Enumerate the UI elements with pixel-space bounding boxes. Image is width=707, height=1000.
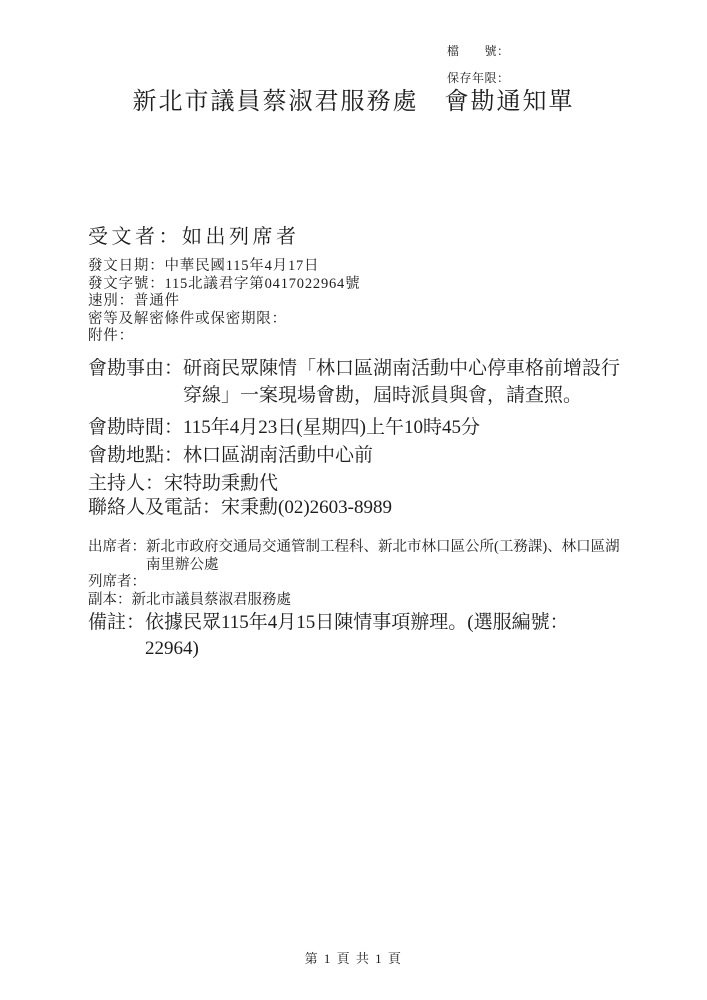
recipient-value: 如出列席者 — [182, 220, 300, 249]
delivery-speed-line: 速別： 普通件 — [88, 293, 360, 311]
survey-subject-line: 會勘事由： 研商民眾陳情「林口區湖南活動中心停車格前增設行穿線」一案現場會勘，屆… — [88, 355, 628, 409]
page-number: 第 1 頁 共 1 頁 — [0, 948, 707, 967]
survey-time-line: 會勘時間： 115年4月23日(星期四)上午10時45分 — [88, 414, 480, 441]
contact-value: 宋秉勳(02)2603-8989 — [221, 494, 392, 521]
survey-time-value: 115年4月23日(星期四)上午10時45分 — [183, 414, 480, 441]
present-attendees-label: 出席者： — [88, 539, 146, 574]
attendees-block: 出席者： 新北市政府交通局交通管制工程科、新北市林口區公所(工務課)、林口區湖南… — [88, 539, 630, 609]
survey-location-line: 會勘地點： 林口區湖南活動中心前 — [88, 442, 373, 469]
issue-date-value: 中華民國115年4月17日 — [165, 258, 320, 276]
attachment-label: 附件： — [88, 328, 134, 346]
survey-location-value: 林口區湖南活動中心前 — [183, 442, 373, 469]
host-line: 主持人： 宋特助秉勳代 — [88, 470, 278, 497]
doc-number-value: 115北議君字第0417022964號 — [165, 276, 361, 294]
file-number-label: 檔 號： — [447, 40, 510, 63]
issue-date-line: 發文日期： 中華民國115年4月17日 — [88, 258, 360, 276]
delivery-speed-value: 普通件 — [134, 293, 180, 311]
survey-subject-label: 會勘事由： — [88, 355, 183, 409]
contact-label: 聯絡人及電話： — [88, 494, 221, 521]
survey-location-label: 會勘地點： — [88, 442, 183, 469]
filing-meta-block: 發文日期： 中華民國115年4月17日 發文字號： 115北議君字第041702… — [88, 258, 360, 346]
cc-value: 新北市議員蔡淑君服務處 — [132, 592, 292, 610]
observers-label: 列席者： — [88, 574, 146, 592]
document-title: 新北市議員蔡淑君服務處 會勘通知單 — [0, 81, 707, 116]
security-class-label: 密等及解密條件或保密期限： — [88, 311, 287, 329]
present-attendees-value: 新北市政府交通局交通管制工程科、新北市林口區公所(工務課)、林口區湖南里辦公處 — [146, 539, 630, 574]
host-value: 宋特助秉勳代 — [164, 470, 278, 497]
recipient-line: 受文者： 如出列席者 — [88, 220, 300, 249]
remarks-label: 備註： — [88, 610, 145, 662]
present-attendees-line: 出席者： 新北市政府交通局交通管制工程科、新北市林口區公所(工務課)、林口區湖南… — [88, 539, 630, 574]
issue-date-label: 發文日期： — [88, 258, 165, 276]
cc-line: 副本： 新北市議員蔡淑君服務處 — [88, 592, 630, 610]
host-label: 主持人： — [88, 470, 164, 497]
contact-line: 聯絡人及電話： 宋秉勳(02)2603-8989 — [88, 494, 392, 521]
doc-number-line: 發文字號： 115北議君字第0417022964號 — [88, 276, 360, 294]
cc-label: 副本： — [88, 592, 132, 610]
survey-subject-value: 研商民眾陳情「林口區湖南活動中心停車格前增設行穿線」一案現場會勘，屆時派員與會，… — [183, 355, 628, 409]
attachment-line: 附件： — [88, 328, 360, 346]
delivery-speed-label: 速別： — [88, 293, 134, 311]
observers-line: 列席者： — [88, 574, 630, 592]
survey-time-label: 會勘時間： — [88, 414, 183, 441]
document-page: 檔 號： 保存年限： 新北市議員蔡淑君服務處 會勘通知單 受文者： 如出列席者 … — [0, 0, 707, 1000]
remarks-value: 依據民眾115年4月15日陳情事項辦理。(選服編號：22964) — [145, 610, 593, 662]
recipient-label: 受文者： — [88, 220, 182, 249]
remarks-line: 備註： 依據民眾115年4月15日陳情事項辦理。(選服編號：22964) — [88, 610, 593, 662]
doc-number-label: 發文字號： — [88, 276, 165, 294]
security-class-line: 密等及解密條件或保密期限： — [88, 311, 360, 329]
